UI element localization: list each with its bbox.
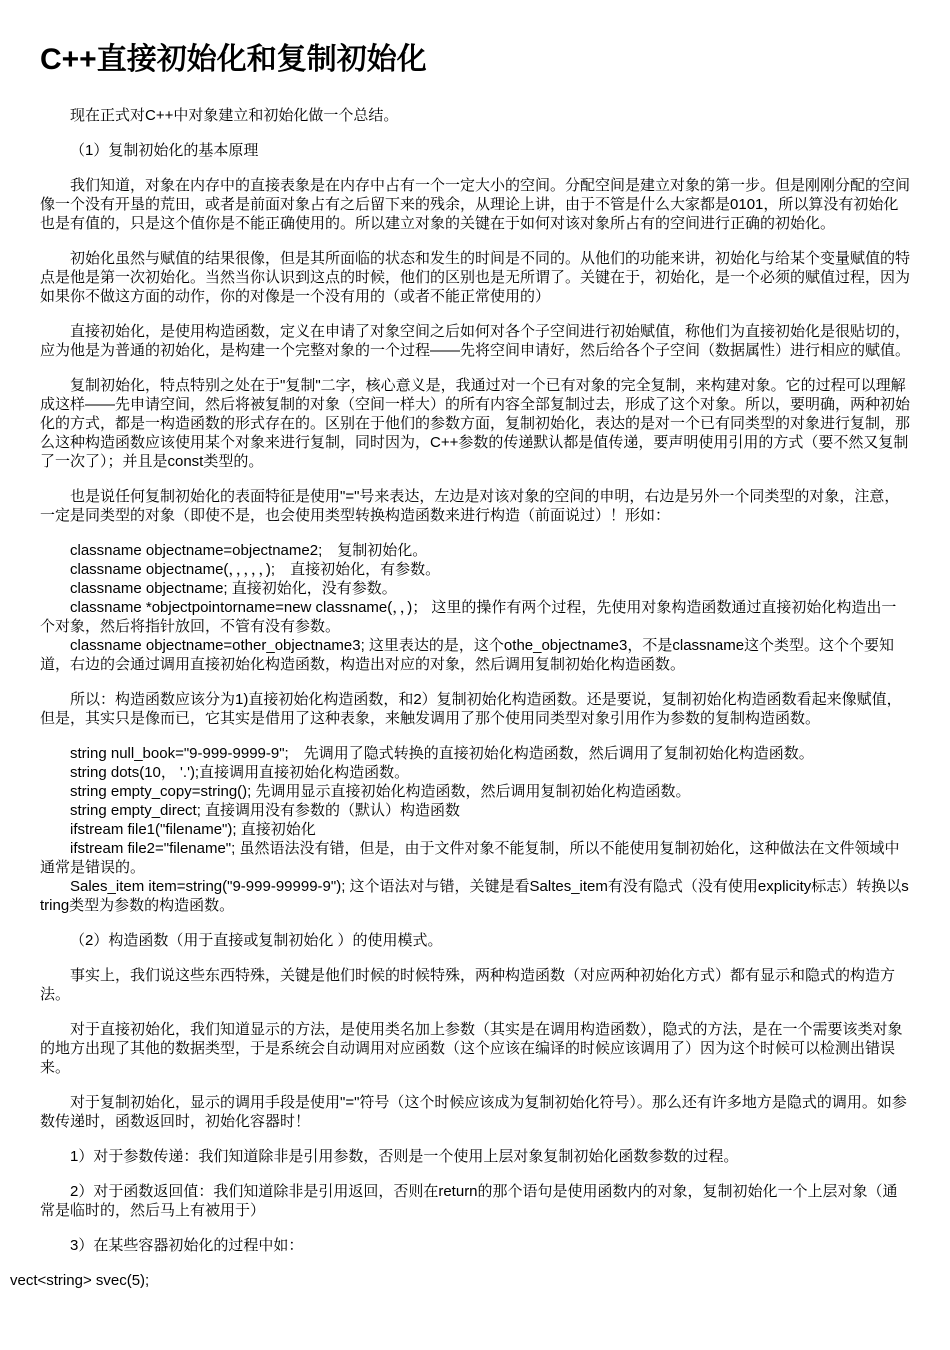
- code-line: classname objectname=other_objectname3; …: [40, 636, 910, 674]
- section-2-heading: （2）构造函数（用于直接或复制初始化 ）的使用模式。: [40, 931, 910, 950]
- paragraph: 对于直接初始化，我们知道显示的方法，是使用类名加上参数（其实是在调用构造函数），…: [40, 1020, 910, 1077]
- code-line: classname objectname(，，，，，); 直接初始化，有参数。: [40, 560, 910, 579]
- paragraph: 所以：构造函数应该分为1)直接初始化构造函数，和2）复制初始化构造函数。还是要说…: [40, 690, 910, 728]
- page-title: C++直接初始化和复制初始化: [40, 42, 910, 78]
- paragraph: 初始化虽然与赋值的结果很像，但是其所面临的状态和发生的时间是不同的。从他们的功能…: [40, 249, 910, 306]
- paragraph: 对于复制初始化，显示的调用手段是使用"="符号（这个时候应该成为复制初始化符号）…: [40, 1093, 910, 1131]
- code-line-vect: vect<string> svec(5);: [10, 1271, 910, 1290]
- paragraph: 事实上，我们说这些东西特殊，关键是他们时候的时候特殊，两种构造函数（对应两种初始…: [40, 966, 910, 1004]
- code-line: Sales_item item=string("9-999-99999-9");…: [40, 877, 910, 915]
- list-item-1: 1）对于参数传递：我们知道除非是引用参数，否则是一个使用上层对象复制初始化函数参…: [40, 1147, 910, 1166]
- paragraph: 复制初始化，特点特别之处在于"复制"二字，核心意义是，我通过对一个已有对象的完全…: [40, 376, 910, 471]
- article-page: C++直接初始化和复制初始化 现在正式对C++中对象建立和初始化做一个总结。 （…: [0, 0, 950, 1350]
- list-item-3: 3）在某些容器初始化的过程中如：: [40, 1236, 910, 1255]
- code-line: string empty_copy=string(); 先调用显示直接初始化构造…: [40, 782, 910, 801]
- code-line: string empty_direct; 直接调用没有参数的（默认）构造函数: [40, 801, 910, 820]
- section-1-heading: （1）复制初始化的基本原理: [40, 141, 910, 160]
- list-item-2: 2）对于函数返回值：我们知道除非是引用返回，否则在return的那个语句是使用函…: [40, 1182, 910, 1220]
- code-line: string null_book="9-999-9999-9"; 先调用了隐式转…: [40, 744, 910, 763]
- paragraph: 直接初始化，是使用构造函数，定义在申请了对象空间之后如何对各个子空间进行初始赋值…: [40, 322, 910, 360]
- code-line: classname objectname; 直接初始化，没有参数。: [40, 579, 910, 598]
- code-line: ifstream file1("filename"); 直接初始化: [40, 820, 910, 839]
- paragraph: 我们知道，对象在内存中的直接表象是在内存中占有一个一定大小的空间。分配空间是建立…: [40, 176, 910, 233]
- code-line: ifstream file2="filename"; 虽然语法没有错，但是，由于…: [40, 839, 910, 877]
- paragraph: 也是说任何复制初始化的表面特征是使用"="号来表达，左边是对该对象的空间的申明，…: [40, 487, 910, 525]
- code-line: classname *objectpointorname=new classna…: [40, 598, 910, 636]
- code-example-group-classname: classname objectname=objectname2; 复制初始化。…: [40, 541, 910, 674]
- intro-paragraph: 现在正式对C++中对象建立和初始化做一个总结。: [40, 106, 910, 125]
- code-line: string dots(10， '.');直接调用直接初始化构造函数。: [40, 763, 910, 782]
- code-example-group-string: string null_book="9-999-9999-9"; 先调用了隐式转…: [40, 744, 910, 915]
- code-line: classname objectname=objectname2; 复制初始化。: [40, 541, 910, 560]
